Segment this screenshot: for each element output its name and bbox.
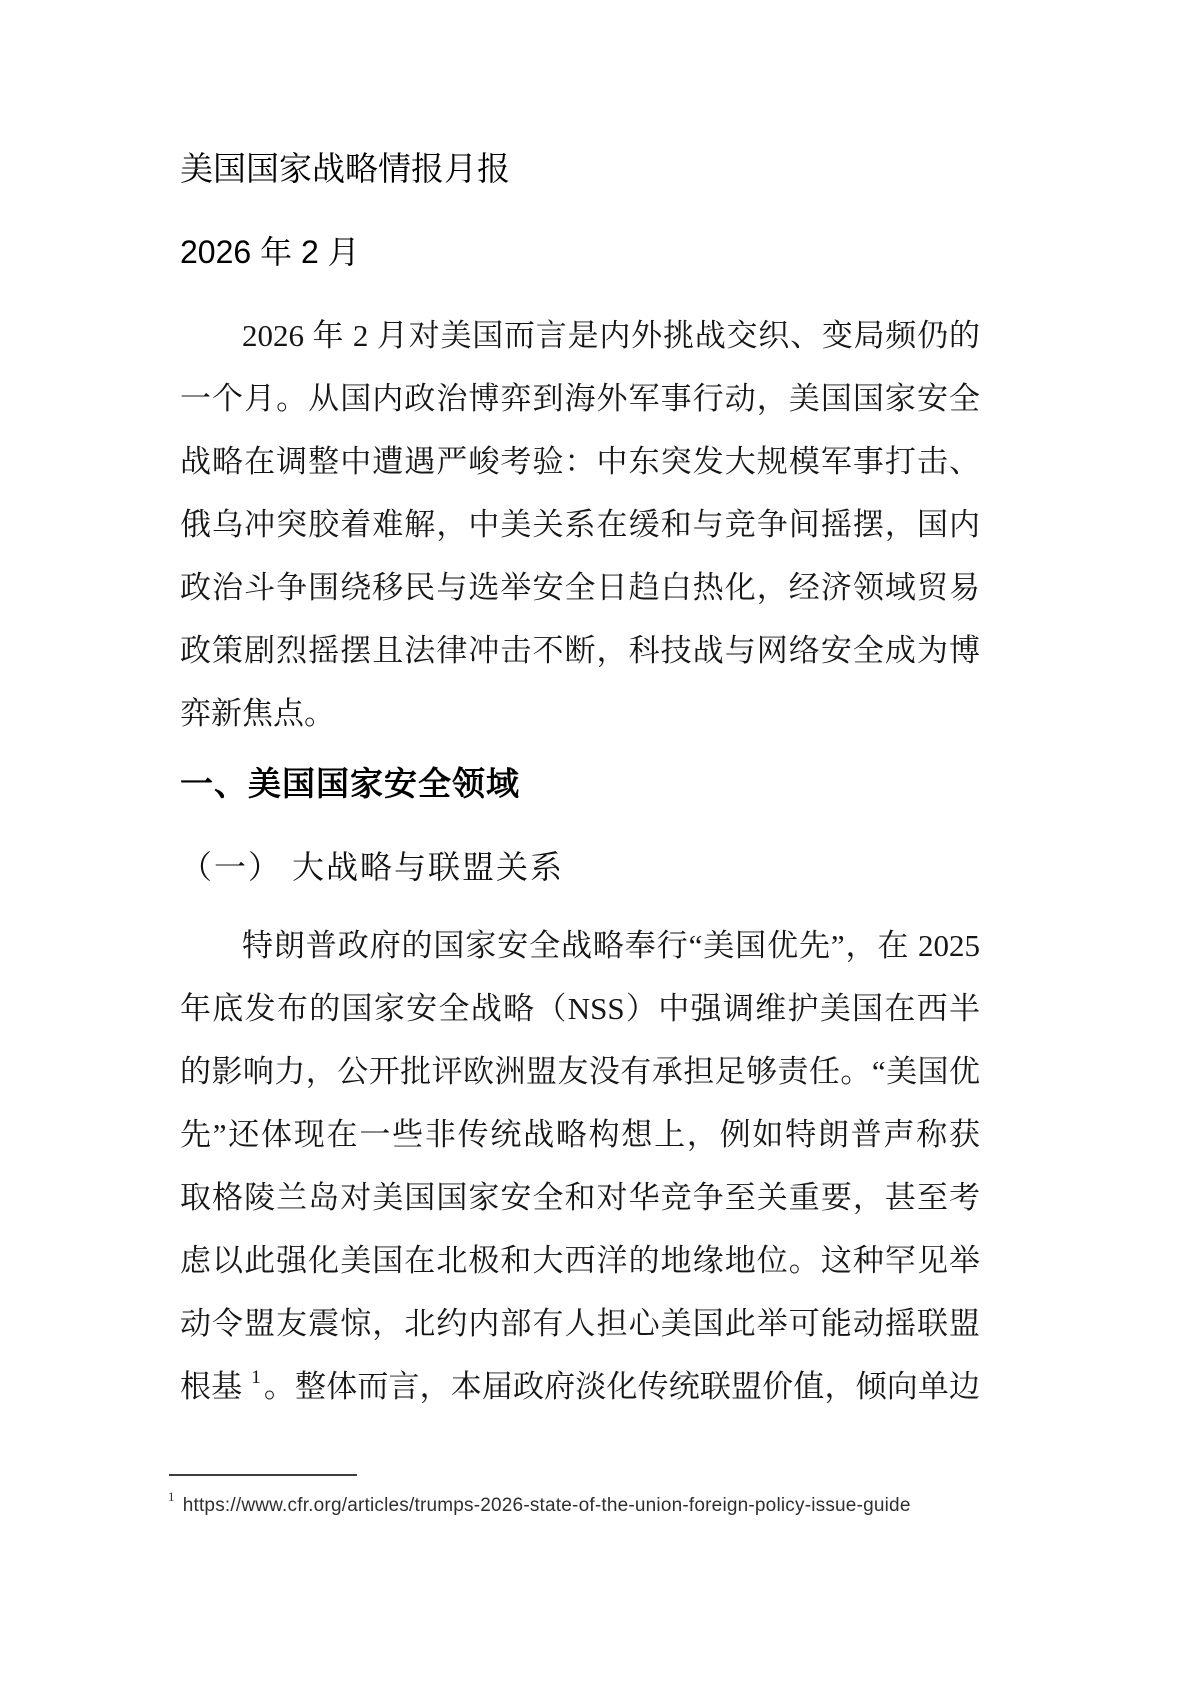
subsection-heading: （一） 大战略与联盟关系 — [180, 845, 1010, 889]
doc-title: 美国国家战略情报月报 — [180, 149, 1000, 189]
footnote-marker: 1 — [168, 1489, 175, 1504]
intro-paragraph: 2026 年 2 月对美国而言是内外挑战交织、变局频仍的 一个月。从国内政治博弈… — [180, 304, 980, 745]
footnote-url[interactable]: https://www.cfr.org/articles/trumps-2026… — [183, 1495, 911, 1516]
text-line: 动令盟友震惊，北约内部有人担心美国此举可能动摇联盟 — [180, 1292, 980, 1355]
text-line: 特朗普政府的国家安全战略奉行“美国优先”，在 2025 — [180, 914, 980, 977]
footnote: 1https://www.cfr.org/articles/trumps-202… — [168, 1489, 1068, 1523]
footnote-divider — [169, 1474, 357, 1476]
text-line: 虑以此强化美国在北极和大西洋的地缘地位。这种罕见举 — [180, 1229, 980, 1292]
text-line: 的影响力，公开批评欧洲盟友没有承担足够责任。“美国优 — [180, 1040, 980, 1103]
footnote-reference[interactable]: 1 — [251, 1367, 261, 1388]
text-line: 政策剧烈摇摆且法律冲击不断，科技战与网络安全成为博 — [180, 619, 980, 682]
subsection-paragraph: 特朗普政府的国家安全战略奉行“美国优先”，在 2025 年底发布的国家安全战略（… — [180, 914, 980, 1418]
text-line: 先”还体现在一些非传统战略构想上，例如特朗普声称获 — [180, 1103, 980, 1166]
doc-date: 2026 年 2 月 — [180, 232, 1000, 272]
page: 美国国家战略情报月报 2026 年 2 月 2026 年 2 月对美国而言是内外… — [0, 0, 1191, 1684]
text-line: 一个月。从国内政治博弈到海外军事行动，美国国家安全 — [180, 367, 980, 430]
text-line: 俄乌冲突胶着难解，中美关系在缓和与竞争间摇摆，国内 — [180, 493, 980, 556]
text-line: 年底发布的国家安全战略（NSS）中强调维护美国在西半球 — [180, 977, 980, 1040]
text-segment: 。整体而言，本届政府淡化传统联盟价值，倾向单边 — [264, 1369, 980, 1404]
document-page: { "doc": { "title": "美国国家战略情报月报", "date"… — [0, 0, 1191, 1684]
text-line: 政治斗争围绕移民与选举安全日趋白热化，经济领域贸易 — [180, 556, 980, 619]
text-line: 2026 年 2 月对美国而言是内外挑战交织、变局频仍的 — [180, 304, 980, 367]
text-line: 战略在调整中遭遇严峻考验：中东突发大规模军事打击、 — [180, 430, 980, 493]
text-line: 弈新焦点。 — [180, 682, 980, 745]
text-segment: 根基 — [180, 1369, 242, 1404]
section-heading: 一、美国国家安全领域 — [180, 763, 1010, 805]
text-line: 取格陵兰岛对美国国家安全和对华竞争至关重要，甚至考 — [180, 1166, 980, 1229]
text-line-with-footnote-ref: 根基1。整体而言，本届政府淡化传统联盟价值，倾向单边 — [180, 1355, 980, 1418]
